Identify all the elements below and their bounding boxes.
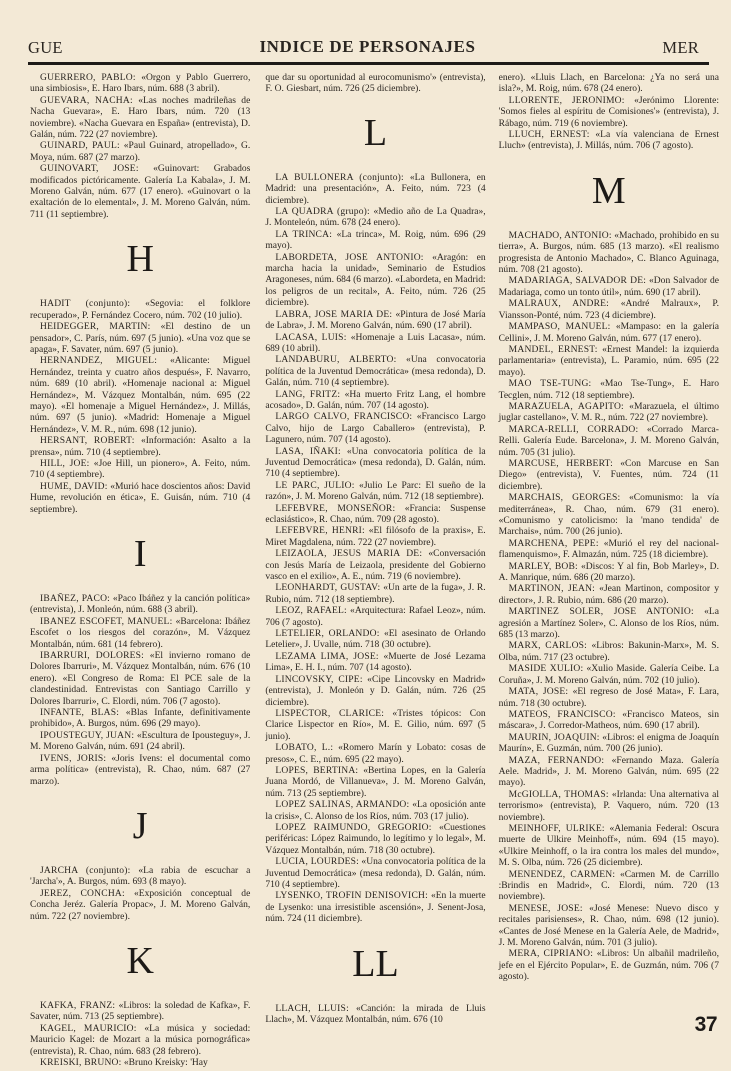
entry-person-name: MARTINON, JEAN: — [509, 583, 595, 594]
index-entry: JARCHA (conjunto): «La rabia de escuchar… — [30, 865, 250, 888]
entry-person-name: LOPES, BERTINA: — [275, 765, 358, 776]
index-entry: KAGEL, MAURICIO: «La música y sociedad: … — [30, 1023, 250, 1057]
index-entry: IPOUSTEGUY, JUAN: «Escultura de Ipousteg… — [30, 730, 250, 753]
entry-person-name: GUINOVART, JOSE: — [40, 163, 139, 174]
entry-person-name: IPOUSTEGUY, JUAN: — [40, 730, 134, 741]
entry-person-name: MARCUSE, HERBERT: — [509, 458, 613, 469]
index-entry: LA TRINCA: «La trinca», M. Roig, núm. 69… — [265, 229, 485, 252]
index-entry: MARLEY, BOB: «Discos: Y al fin, Bob Marl… — [499, 561, 719, 584]
entry-person-name: LINCOVSKY, CIPE: — [275, 674, 362, 685]
entry-person-name: KAFKA, FRANZ: — [40, 1000, 115, 1011]
entry-person-name: MAZA, FERNANDO: — [509, 755, 605, 766]
entry-references: «Alicante: Miguel Hernández, treinta y c… — [30, 355, 250, 434]
index-entry: LACASA, LUIS: «Homenaje a Luis Lacasa», … — [265, 332, 485, 355]
index-entry: MENENDEZ, CARMEN: «Carmen M. de Carrillo… — [499, 869, 719, 903]
index-entry: MARTINEZ SOLER, JOSE ANTONIO: «La agresi… — [499, 606, 719, 640]
index-entry: JEREZ, CONCHA: «Exposición conceptual de… — [30, 888, 250, 922]
index-entry: LUCIA, LOURDES: «Una convocatoria políti… — [265, 856, 485, 890]
index-entry: MERA, CIPRIANO: «Libros: Un albañil madr… — [499, 948, 719, 982]
index-entry: LABORDETA, JOSE ANTONIO: «Aragón: en mar… — [265, 252, 485, 309]
entry-person-name: HILL, JOE: — [40, 458, 90, 469]
index-entry: HERSANT, ROBERT: «Información: Asalto a … — [30, 435, 250, 458]
entry-person-name: MATEOS, FRANCISCO: — [509, 709, 616, 720]
entry-person-name: HEIDEGGER, MARTIN: — [40, 321, 150, 332]
index-entry: MAZA, FERNANDO: «Fernando Maza. Galería … — [499, 755, 719, 789]
entry-person-name: LA BULLONERA (conjunto): — [275, 172, 404, 183]
section-letter: J — [30, 807, 250, 845]
index-entry: IBARRURI, DOLORES: «El invierno romano d… — [30, 650, 250, 707]
header-right-keyword: MER — [662, 38, 699, 58]
entry-person-name: MACHADO, ANTONIO: — [509, 230, 612, 241]
column-middle: que dar su oportunidad al eurocomunismo'… — [265, 72, 485, 1032]
index-entry: HERNANDEZ, MIGUEL: «Alicante: Miguel Her… — [30, 355, 250, 435]
entry-person-name: JARCHA (conjunto): — [40, 865, 130, 876]
entry-person-name: LEONHARDT, GUSTAV: — [275, 582, 380, 593]
entry-person-name: HUME, DAVID: — [40, 481, 108, 492]
index-entry: LARGO CALVO, FRANCISCO: «Francisco Largo… — [265, 411, 485, 445]
section-letter: H — [30, 240, 250, 278]
entry-person-name: MARTINEZ SOLER, JOSE ANTONIO: — [509, 606, 694, 617]
index-entry: LLUCH, ERNEST: «La vía valenciana de Ern… — [499, 129, 719, 152]
entry-person-name: LLUCH, ERNEST: — [509, 129, 590, 140]
entry-person-name: IVENS, JORIS: — [40, 753, 106, 764]
index-entry: LEFEBVRE, HENRI: «El filósofo de la prax… — [265, 525, 485, 548]
index-entry: GUEVARA, NACHA: «Las noches madrileñas d… — [30, 95, 250, 141]
entry-person-name: LASA, IÑAKI: — [275, 446, 340, 457]
entry-person-name: HERNANDEZ, MIGUEL: — [40, 355, 157, 366]
entry-person-name: LOBATO, L.: — [275, 742, 333, 753]
entry-person-name: KREISKI, BRUNO: — [40, 1057, 122, 1068]
index-entry: LANG, FRITZ: «Ha muerto Fritz Lang, el h… — [265, 389, 485, 412]
column-left: GUERRERO, PABLO: «Orgon y Pablo Guerrero… — [30, 72, 250, 1032]
section-letter: K — [30, 942, 250, 980]
index-entry: LA BULLONERA (conjunto): «La Bullonera, … — [265, 172, 485, 206]
index-entry: LANDABURU, ALBERTO: «Una convocatoria po… — [265, 354, 485, 388]
entry-person-name: GUINARD, PAUL: — [40, 140, 120, 151]
index-entry: IBAÑEZ, PACO: «Paco Ibáñez y la canción … — [30, 593, 250, 616]
entry-person-name: LABORDETA, JOSE ANTONIO: — [275, 252, 423, 263]
entry-person-name: LLACH, LLUIS: — [275, 1003, 349, 1014]
entry-person-name: LOPEZ SALINAS, ARMANDO: — [275, 799, 409, 810]
index-entry: MAURIN, JOAQUIN: «Libros: el enigma de J… — [499, 732, 719, 755]
entry-person-name: IBARRURI, DOLORES: — [40, 650, 144, 661]
index-entry: LEOZ, RAFAEL: «Arquitectura: Rafael Leoz… — [265, 605, 485, 628]
index-entry: MADARIAGA, SALVADOR DE: «Don Salvador de… — [499, 275, 719, 298]
index-entry: McGIOLLA, THOMAS: «Irlanda: Una alternat… — [499, 789, 719, 823]
section-letter: LL — [265, 945, 485, 983]
index-entry: MAO TSE-TUNG: «Mao Tse-Tung», E. Haro Te… — [499, 378, 719, 401]
entry-person-name: MEINHOFF, ULRIKE: — [509, 823, 605, 834]
entry-person-name: HERSANT, ROBERT: — [40, 435, 135, 446]
index-entry: HEIDEGGER, MARTIN: «El destino de un pen… — [30, 321, 250, 355]
index-entry: LINCOVSKY, CIPE: «Cipe Lincovsky en Madr… — [265, 674, 485, 708]
entry-person-name: MATA, JOSE: — [509, 686, 569, 697]
entry-person-name: LANG, FRITZ: — [275, 389, 340, 400]
index-entry: MARCUSE, HERBERT: «Con Marcuse en San Di… — [499, 458, 719, 492]
index-entry: LOBATO, L.: «Romero Marín y Lobato: cosa… — [265, 742, 485, 765]
entry-person-name: MARX, CARLOS: — [509, 640, 587, 651]
index-entry: KREISKI, BRUNO: «Bruno Kreisky: 'Hay — [30, 1057, 250, 1068]
entry-person-name: MARCA-RELLI, CORRADO: — [509, 424, 639, 435]
index-entry: LLACH, LLUIS: «Canción: la mirada de Llu… — [265, 1003, 485, 1026]
header-rule — [28, 62, 709, 65]
entry-person-name: MENESE, JOSE: — [509, 903, 583, 914]
index-entry: LETELIER, ORLANDO: «El asesinato de Orla… — [265, 628, 485, 651]
index-entry: LEONHARDT, GUSTAV: «Un arte de la fuga»,… — [265, 582, 485, 605]
index-entry-continuation: que dar su oportunidad al eurocomunismo'… — [265, 72, 485, 95]
entry-person-name: LEOZ, RAFAEL: — [275, 605, 347, 616]
section-letter: I — [30, 535, 250, 573]
index-entry-continuation: enero). «Lluis Llach, en Barcelona: ¿Ya … — [499, 72, 719, 95]
index-entry: MEINHOFF, ULRIKE: «Alemania Federal: Osc… — [499, 823, 719, 869]
entry-person-name: MASIDE XULIO: — [509, 663, 584, 674]
entry-person-name: MERA, CIPRIANO: — [509, 948, 593, 959]
entry-person-name: LEIZAOLA, JESUS MARIA DE: — [275, 548, 422, 559]
index-entry: KAFKA, FRANZ: «Libros: la soledad de Kaf… — [30, 1000, 250, 1023]
index-entry: HILL, JOE: «Joe Hill, un pionero», A. Fe… — [30, 458, 250, 481]
entry-person-name: LA TRINCA: — [275, 229, 332, 240]
entry-person-name: GUEVARA, NACHA: — [40, 95, 133, 106]
index-entry: MALRAUX, ANDRE: «André Malraux», P. Vian… — [499, 298, 719, 321]
entry-person-name: LE PARC, JULIO: — [275, 480, 354, 491]
index-entry: LASA, IÑAKI: «Una convocatoria política … — [265, 446, 485, 480]
entry-person-name: GUERRERO, PABLO: — [40, 72, 136, 83]
index-entry: IBANEZ ESCOFET, MANUEL: «Barcelona: Ibáñ… — [30, 616, 250, 650]
index-entry: MARTINON, JEAN: «Jean Martinon, composit… — [499, 583, 719, 606]
index-entry: HADIT (conjunto): «Segovia: el folklore … — [30, 298, 250, 321]
index-columns: GUERRERO, PABLO: «Orgon y Pablo Guerrero… — [30, 72, 731, 1032]
index-entry: MARCHENA, PEPE: «Murió el rey del nacion… — [499, 538, 719, 561]
entry-person-name: MANDEL, ERNEST: — [509, 344, 598, 355]
index-entry: LABRA, JOSE MARIA DE: «Pintura de José M… — [265, 309, 485, 332]
entry-person-name: LOPEZ RAIMUNDO, GREGORIO: — [275, 822, 431, 833]
index-entry: MACHADO, ANTONIO: «Machado, prohibido en… — [499, 230, 719, 276]
running-header: GUE INDICE DE PERSONAJES MER — [28, 36, 707, 62]
index-entry: LYSENKO, TROFIN DENISOVICH: «En la muert… — [265, 890, 485, 924]
index-entry: LOPES, BERTINA: «Bertina Lopes, en la Ga… — [265, 765, 485, 799]
index-entry: MATEOS, FRANCISCO: «Francisco Mateos, si… — [499, 709, 719, 732]
entry-person-name: LETELIER, ORLANDO: — [275, 628, 379, 639]
entry-person-name: JEREZ, CONCHA: — [40, 888, 125, 899]
entry-person-name: LUCIA, LOURDES: — [275, 856, 359, 867]
entry-person-name: MARLEY, BOB: — [509, 561, 578, 572]
index-entry: MATA, JOSE: «El regreso de José Mata», F… — [499, 686, 719, 709]
index-entry: LEFEBVRE, MONSEÑOR: «Francia: Suspense e… — [265, 503, 485, 526]
entry-person-name: MARCHAIS, GEORGES: — [509, 492, 621, 503]
entry-person-name: MAMPASO, MANUEL: — [509, 321, 611, 332]
section-letter: L — [265, 114, 485, 152]
entry-person-name: LEFEBVRE, MONSEÑOR: — [275, 503, 395, 514]
index-entry: IVENS, JORIS: «Joris Ivens: el documenta… — [30, 753, 250, 787]
section-letter: M — [499, 172, 719, 210]
entry-person-name: LLORENTE, JERONIMO: — [509, 95, 625, 106]
index-entry: GUINARD, PAUL: «Paul Guinard, atropellad… — [30, 140, 250, 163]
entry-person-name: LYSENKO, TROFIN DENISOVICH: — [275, 890, 428, 901]
index-entry: MARCHAIS, GEORGES: «Comunismo: la vía me… — [499, 492, 719, 538]
entry-person-name: MARAZUELA, AGAPITO: — [509, 401, 624, 412]
index-entry: LEIZAOLA, JESUS MARIA DE: «Conversación … — [265, 548, 485, 582]
column-right: enero). «Lluis Llach, en Barcelona: ¿Ya … — [499, 72, 719, 1032]
index-entry: LISPECTOR, CLARICE: «Tristes tópicos: Co… — [265, 708, 485, 742]
entry-references: «Bruno Kreisky: 'Hay — [122, 1057, 208, 1068]
entry-person-name: MARCHENA, PEPE: — [509, 538, 599, 549]
index-entry: LEZAMA LIMA, JOSE: «Muerte de José Lezam… — [265, 651, 485, 674]
index-entry: MAMPASO, MANUEL: «Mampaso: en la galería… — [499, 321, 719, 344]
entry-person-name: LANDABURU, ALBERTO: — [275, 354, 396, 365]
entry-person-name: HADIT (conjunto): — [40, 298, 130, 309]
entry-person-name: MAURIN, JOAQUIN: — [509, 732, 600, 743]
entry-person-name: LABRA, JOSE MARIA DE: — [275, 309, 392, 320]
entry-person-name: IBANEZ ESCOFET, MANUEL: — [40, 616, 172, 627]
index-entry: LA QUADRA (grupo): «Medio año de La Quad… — [265, 206, 485, 229]
index-entry: GUERRERO, PABLO: «Orgon y Pablo Guerrero… — [30, 72, 250, 95]
index-entry: LOPEZ SALINAS, ARMANDO: «La oposición an… — [265, 799, 485, 822]
entry-person-name: LACASA, LUIS: — [275, 332, 346, 343]
entry-person-name: LEFEBVRE, HENRI: — [275, 525, 365, 536]
index-entry: MASIDE XULIO: «Xulio Maside. Galería Cei… — [499, 663, 719, 686]
index-entry: HUME, DAVID: «Murió hace doscientos años… — [30, 481, 250, 515]
index-entry: LOPEZ RAIMUNDO, GREGORIO: «Cuestiones pe… — [265, 822, 485, 856]
entry-person-name: MALRAUX, ANDRE: — [509, 298, 609, 309]
index-entry: INFANTE, BLAS: «Blas Infante, definitiva… — [30, 707, 250, 730]
entry-person-name: MAO TSE-TUNG: — [509, 378, 592, 389]
entry-person-name: McGIOLLA, THOMAS: — [509, 789, 609, 800]
index-entry: MANDEL, ERNEST: «Ernest Mandel: la izqui… — [499, 344, 719, 378]
page-title: INDICE DE PERSONAJES — [28, 37, 707, 57]
page-number: 37 — [695, 1013, 717, 1037]
index-entry: MARCA-RELLI, CORRADO: «Corrado Marca-Rel… — [499, 424, 719, 458]
entry-person-name: IBAÑEZ, PACO: — [40, 593, 110, 604]
index-entry: MARAZUELA, AGAPITO: «Marazuela, el últim… — [499, 401, 719, 424]
entry-person-name: LEZAMA LIMA, JOSE: — [275, 651, 378, 662]
entry-person-name: INFANTE, BLAS: — [40, 707, 119, 718]
index-entry: LE PARC, JULIO: «Julio Le Parc: El sueño… — [265, 480, 485, 503]
index-entry: LLORENTE, JERONIMO: «Jerónimo Llorente: … — [499, 95, 719, 129]
index-entry: MENESE, JOSE: «José Menese: Nuevo disco … — [499, 903, 719, 949]
index-entry: MARX, CARLOS: «Libros: Bakunin-Marx», M.… — [499, 640, 719, 663]
entry-person-name: LARGO CALVO, FRANCISCO: — [275, 411, 412, 422]
index-entry: GUINOVART, JOSE: «Guinovart: Grabados mo… — [30, 163, 250, 220]
entry-person-name: KAGEL, MAURICIO: — [40, 1023, 137, 1034]
entry-person-name: LISPECTOR, CLARICE: — [275, 708, 384, 719]
entry-person-name: LA QUADRA (grupo): — [275, 206, 370, 217]
entry-person-name: MENENDEZ, CARMEN: — [509, 869, 616, 880]
entry-person-name: MADARIAGA, SALVADOR DE: — [509, 275, 646, 286]
index-page: GUE INDICE DE PERSONAJES MER GUERRERO, P… — [0, 0, 731, 1071]
